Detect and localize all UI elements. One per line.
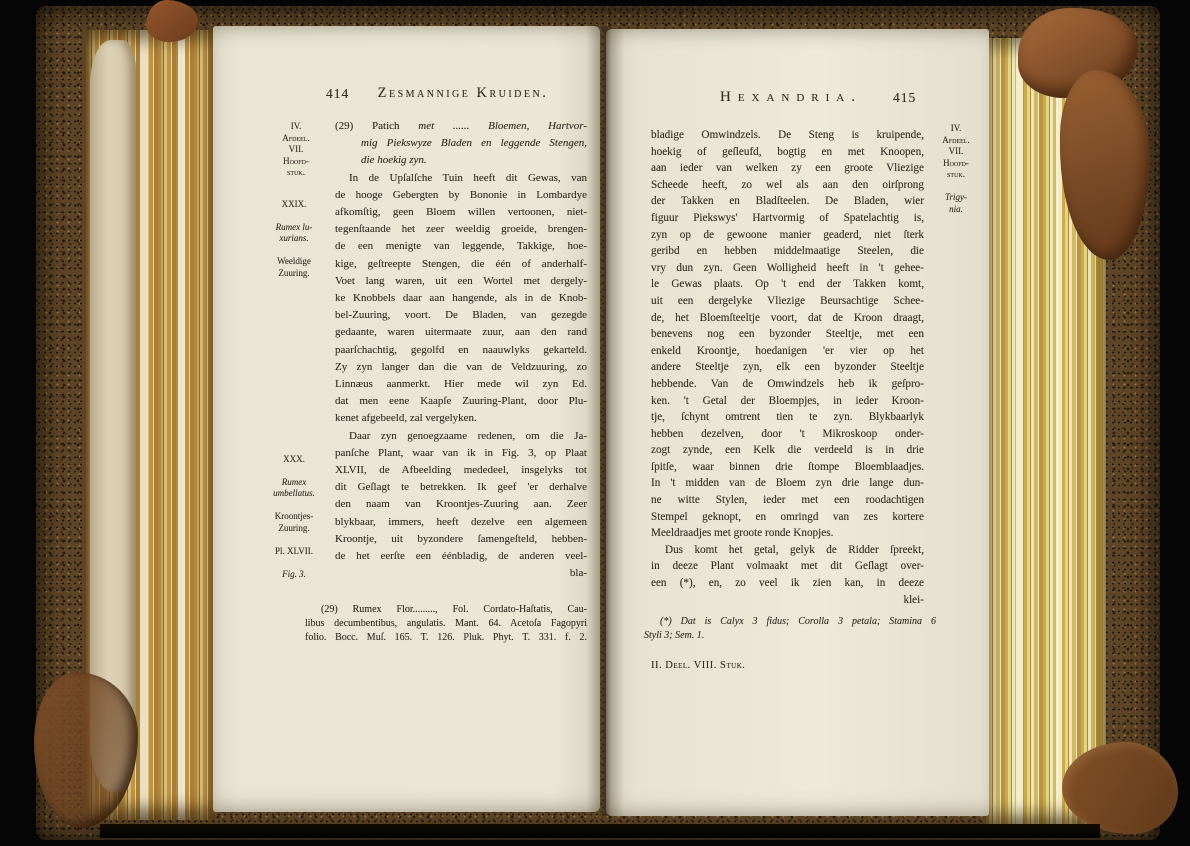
species-29-number: XXIX. [257, 199, 331, 211]
species-heading-lastline: die hoekig zyn. [335, 152, 587, 169]
gutter-shadow [586, 26, 624, 816]
body-text-left: (29) Patich met ...... Bloemen, Hartvor-… [335, 118, 587, 582]
species-heading-number: (29) Patich [335, 120, 400, 132]
left-page: 414 Zesmannige Kruiden. IV. Afdeel. VII.… [213, 26, 600, 812]
footnote-left-text: (29) Rumex Flor........., Fol. Cordato-H… [305, 603, 587, 644]
body-text-right: bladige Omwindzels. De Steng is kruipend… [651, 127, 924, 608]
paragraph-lastline: kenet afgebeeld, zal vergelyken. [335, 410, 587, 427]
running-title-left: Zesmannige Kruiden. [348, 85, 578, 102]
paragraph: In de Upſalſche Tuin heeft dit Gewas, va… [335, 170, 587, 411]
page-number-right: 415 [893, 90, 916, 106]
cover-bottom-shadow [100, 824, 1100, 838]
paragraph: bladige Omwindzels. De Steng is kruipend… [651, 127, 924, 525]
catchword-right: klei- [651, 592, 924, 609]
right-page: Hexandria. 415 IV. Afdeel. VII. Hoofd- s… [606, 29, 989, 816]
species-30-number: XXX. [255, 454, 333, 466]
paragraph: Daar zyn genoegzaame redenen, om die Ja-… [335, 428, 587, 566]
running-title-right: Hexandria. [676, 89, 906, 106]
footnote-right-line1: (*) Dat is Calyx 3 fidus; Corolla 3 peta… [644, 615, 936, 629]
species-30-plate: Pl. XLVII. [255, 546, 333, 558]
paragraph-lastline: Meeldraadjes met groote ronde Knopjes. [651, 525, 924, 542]
margin-note-order: Trigy- nia. [928, 192, 984, 215]
species-30-dutch: Kroontjes- Zuuring. [255, 511, 333, 534]
species-30-figure: Fig. 3. [255, 569, 333, 581]
book-photo: 414 Zesmannige Kruiden. IV. Afdeel. VII.… [0, 0, 1190, 846]
signature-line: II. Deel. VIII. Stuk. [651, 660, 745, 671]
page-number-left: 414 [326, 86, 349, 102]
catchword-left: bla- [335, 565, 587, 582]
margin-note-species-30: XXX. Rumex umbellatus. Kroontjes- Zuurin… [255, 442, 333, 592]
species-heading: (29) Patich met ...... Bloemen, Hartvor-… [335, 118, 587, 152]
footnote-right: (*) Dat is Calyx 3 fidus; Corolla 3 peta… [644, 615, 936, 643]
margin-note-chapter-left: IV. Afdeel. VII. Hoofd- stuk. [261, 121, 331, 179]
species-29-dutch: Weeldige Zuuring. [257, 256, 331, 279]
margin-note-chapter-right: IV. Afdeel. VII. Hoofd- stuk. [926, 123, 986, 181]
margin-note-species-29: XXIX. Rumex lu- xurians. Weeldige Zuurin… [257, 187, 331, 291]
footnote-left: (29) Rumex Flor........., Fol. Cordato-H… [305, 603, 587, 644]
species-30-latin: Rumex umbellatus. [255, 477, 333, 500]
footnote-right-line2: Styli 3; Sem. 1. [644, 629, 936, 643]
paragraph: Dus komt het getal, gelyk de Ridder ſpre… [651, 542, 924, 592]
species-29-latin: Rumex lu- xurians. [257, 222, 331, 245]
